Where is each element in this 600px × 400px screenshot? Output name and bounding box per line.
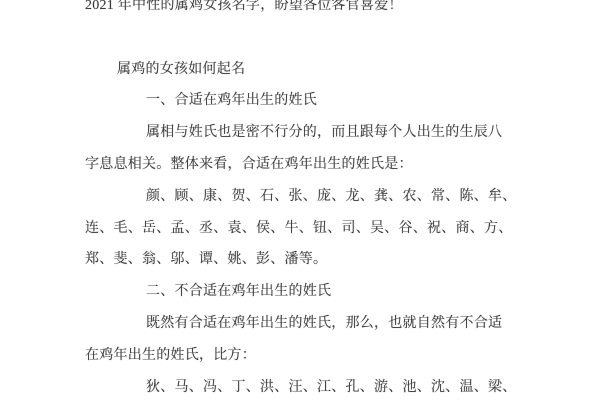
document-page: 2021 年中性的属鸡女孩名字，盼望各位客官喜爱！属鸡的女孩如何起名一、合适在鸡… [0,0,600,400]
text-line: 属鸡的女孩如何起名 [117,62,245,78]
text-line: 二、不合适在鸡年出生的姓氏 [146,284,331,300]
text-line: 一、合适在鸡年出生的姓氏 [146,93,317,109]
text-line: 狄、马、冯、丁、洪、汪、江、孔、游、池、沈、温、梁、 [146,380,517,396]
text-line: 既然有合适在鸡年出生的姓氏，那么，也就自然有不合适 [146,316,502,332]
text-line: 郑、斐、翁、邬、谭、姚、彭、潘等。 [85,252,327,268]
text-line: 字息息相关。整体来看，合适在鸡年出生的姓氏是： [85,157,413,173]
text-line: 属相与姓氏也是密不行分的，而且跟每个人出生的生辰八 [146,125,502,141]
text-line: 2021 年中性的属鸡女孩名字，盼望各位客官喜爱！ [85,0,403,14]
text-line: 在鸡年出生的姓氏，比方： [85,348,256,364]
text-line: 颜、顾、康、贺、石、张、庞、龙、龚、农、常、陈、牟、 [146,189,517,205]
text-line: 连、毛、岳、孟、丞、袁、侯、牛、钮、司、吴、谷、祝、商、方、 [85,221,513,237]
